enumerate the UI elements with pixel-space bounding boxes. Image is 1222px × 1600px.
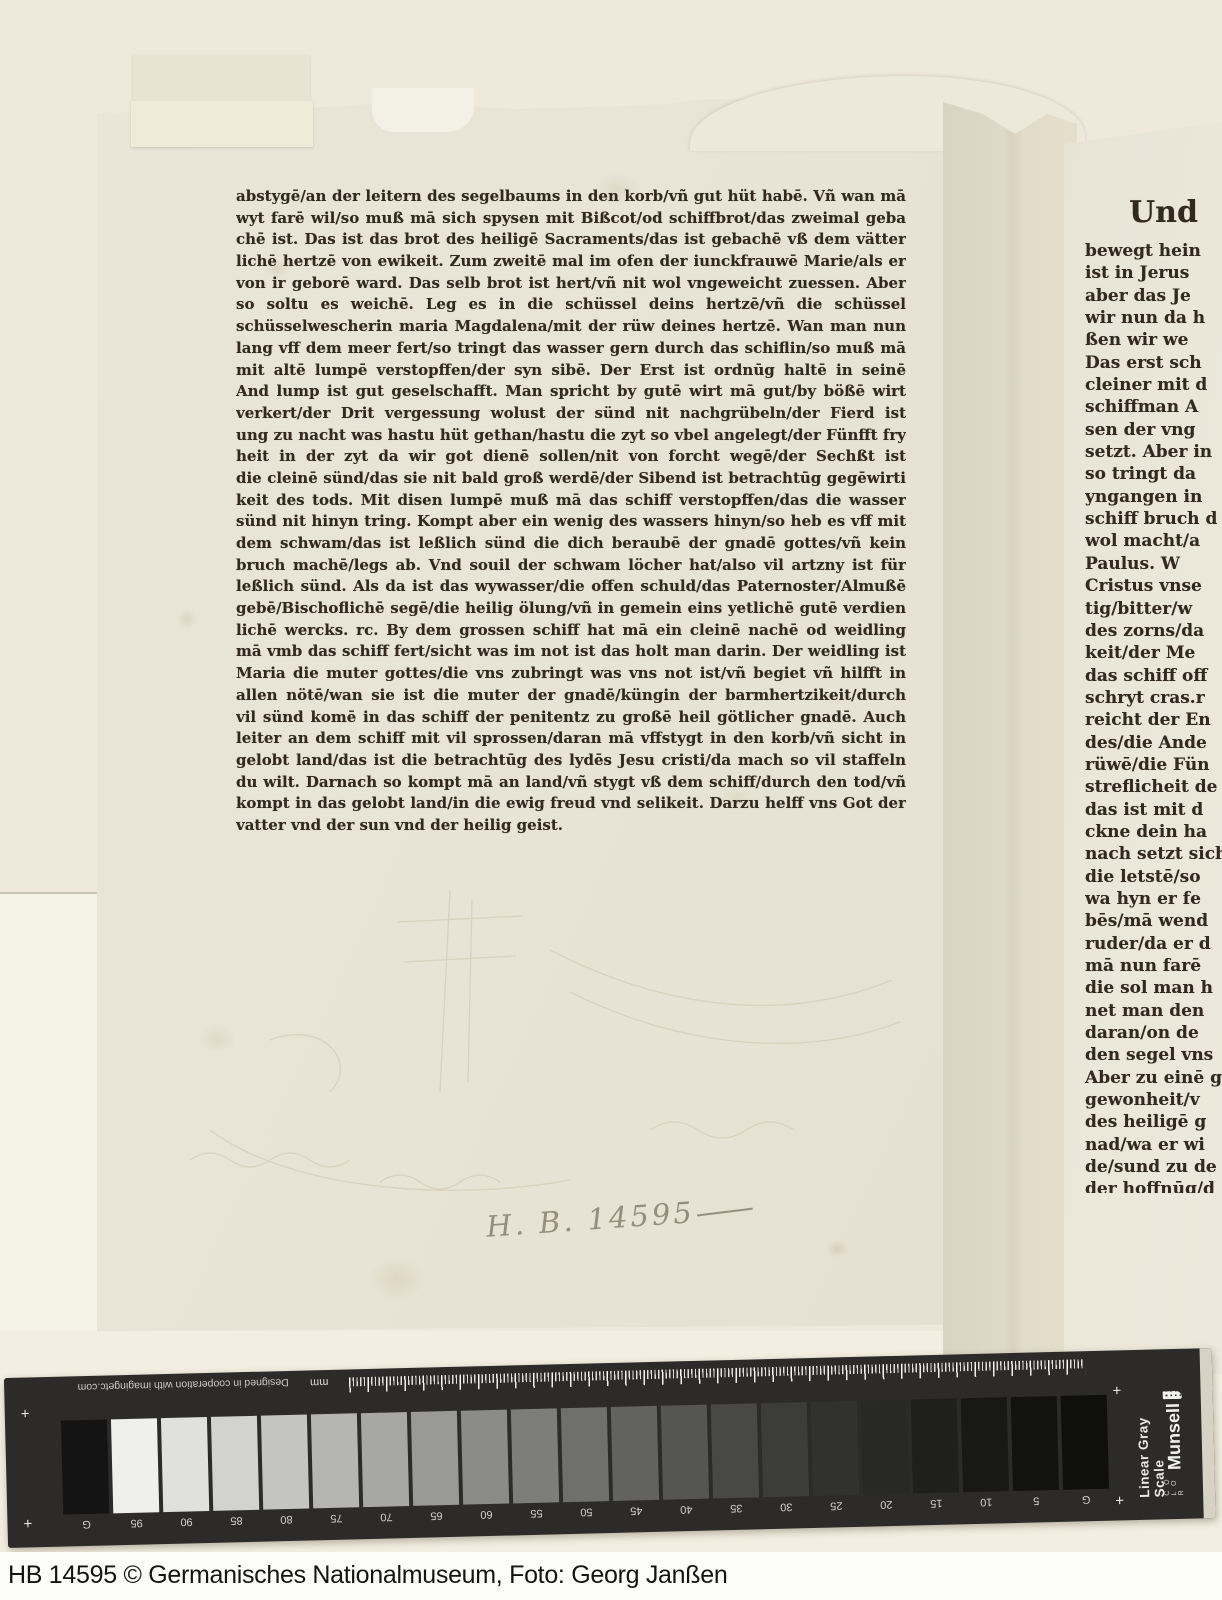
gray-patch <box>861 1400 909 1495</box>
gray-patch <box>761 1402 809 1497</box>
gray-patch-label: 90 <box>163 1515 209 1528</box>
gray-patch <box>311 1413 359 1508</box>
text-line: die cleinē sünd/das sie nit bald groß we… <box>236 468 906 490</box>
text-line: heit in der zyt da wir got dienē sollen/… <box>236 446 906 468</box>
text-line: leiter an dem schiff mit vil sprossen/da… <box>236 728 906 750</box>
text-line: lichē hertzē von ewikeit. Zum zweitē mal… <box>236 251 906 273</box>
text-line: schryt cras.r <box>1085 687 1222 709</box>
card-credit-text: Designed in cooperation with imagingetc.… <box>64 1376 302 1394</box>
text-line: so soltu es weichē. Leg es in die schüss… <box>236 294 906 316</box>
adjacent-page-text: Und bewegt heinist in Jerusaber das Jewi… <box>1085 188 1222 1193</box>
text-line: wa hyn er fe <box>1085 888 1222 910</box>
gray-patch <box>1061 1395 1109 1490</box>
binding-guard-strip <box>943 92 1077 1377</box>
text-line: keit des tods. Mit disen lumpē muß mā da… <box>236 490 906 512</box>
text-line: gelobt land/das ist die betrachtūg des l… <box>236 750 906 772</box>
gray-patch <box>511 1408 559 1503</box>
text-line: dem schwam/das ist leßlich sünd die dich… <box>236 533 906 555</box>
gray-patch <box>161 1417 209 1512</box>
text-line: cleiner mit d <box>1085 374 1222 396</box>
gray-patch-label: 30 <box>763 1500 809 1513</box>
text-line: Maria die muter gottes/die vns zubringt … <box>236 663 906 685</box>
text-line: ßen wir we <box>1085 329 1222 351</box>
text-line: der hoffnūg/d <box>1085 1178 1222 1193</box>
text-line: das ist mit d <box>1085 799 1222 821</box>
text-line: das schiff off <box>1085 665 1222 687</box>
registration-mark: + <box>21 1405 30 1422</box>
gray-patch-label: 60 <box>463 1508 509 1521</box>
text-line: sünd nit hinyn tring. Kompt aber ein wen… <box>236 511 906 533</box>
text-line: daran/on de <box>1085 1022 1222 1044</box>
text-line: keit/der Me <box>1085 642 1222 664</box>
adjacent-page-heading: Und <box>1085 188 1222 240</box>
text-line: gebē/Bischoflichē segē/die heilig ölung/… <box>236 598 906 620</box>
printed-text-block: abstygē/an der leitern des segelbaums in… <box>236 186 906 841</box>
brand-name: Munsell <box>1163 1403 1183 1470</box>
brand-letters: C O L O R <box>1164 1472 1186 1495</box>
gray-patch-label: 50 <box>563 1505 609 1518</box>
ruler-unit-label: mm <box>310 1376 329 1388</box>
adjacent-page-lines: bewegt heinist in Jerusaber das Jewir nu… <box>1085 240 1222 1193</box>
gray-patch <box>261 1415 309 1510</box>
text-line: And lump ist gut geselschafft. Man spric… <box>236 381 906 403</box>
text-line: de/sund zu de <box>1085 1156 1222 1178</box>
text-line: Cristus vnse <box>1085 575 1222 597</box>
text-line: von ir geborē ward. Das selb brot ist he… <box>236 273 906 295</box>
gray-patch <box>461 1410 509 1505</box>
text-line: so tringt da <box>1085 463 1222 485</box>
text-line: vil sünd komē in das schiff der penitent… <box>236 707 906 729</box>
gray-patch <box>561 1407 609 1502</box>
text-line: bewegt hein <box>1085 240 1222 262</box>
gray-scale-card: mm Designed in cooperation with imaginge… <box>4 1348 1216 1548</box>
pencil-flourish <box>697 1208 753 1217</box>
text-line: kompt in das gelobt land/in die ewig fre… <box>236 793 906 815</box>
text-line: reicht der En <box>1085 709 1222 731</box>
text-line: ckne dein ha <box>1085 821 1222 843</box>
gray-patch <box>811 1401 859 1496</box>
text-line: Paulus. W <box>1085 553 1222 575</box>
text-line: schiff bruch d <box>1085 508 1222 530</box>
gray-patch-label: 85 <box>213 1514 259 1527</box>
gray-patch <box>211 1416 259 1511</box>
caption-text: HB 14595 © Germanisches Nationalmuseum, … <box>8 1561 727 1590</box>
gray-patch <box>111 1418 159 1513</box>
text-line: vatter vnd der sun vnd der heilig geist. <box>236 815 906 837</box>
text-line: lang vff dem meer fert/so tringt das was… <box>236 338 906 360</box>
gray-patch-label: 20 <box>863 1498 909 1511</box>
gray-patch <box>1011 1396 1059 1491</box>
text-line: des heiligē g <box>1085 1111 1222 1133</box>
text-line: schüsselwescherin maria Magdalena/mit de… <box>236 316 906 338</box>
artifact-photo: abstygē/an der leitern des segelbaums in… <box>0 0 1222 1600</box>
text-line: bruch machē/legs ab. Vnd souil der schwa… <box>236 555 906 577</box>
text-line: abstygē/an der leitern des segelbaums in… <box>236 186 906 208</box>
text-line: net man den <box>1085 1000 1222 1022</box>
text-line: wol macht/a <box>1085 530 1222 552</box>
gray-patch-label: 95 <box>113 1516 159 1529</box>
gray-patch-label: 10 <box>963 1495 1009 1508</box>
brand-block: Munsell C O L O R <box>1163 1391 1185 1495</box>
text-line: chē ist. Das ist das brot des heiligē Sa… <box>236 229 906 251</box>
gray-patch-label: 35 <box>713 1501 759 1514</box>
mounting-tape-upper <box>133 55 310 102</box>
registration-mark: + <box>23 1515 32 1532</box>
text-line: gewonheit/v <box>1085 1089 1222 1111</box>
text-line: setzt. Aber in <box>1085 441 1222 463</box>
text-line: wyt farē wil/so muß mā sich spysen mit B… <box>236 208 906 230</box>
mounting-tape-lower <box>131 101 313 147</box>
text-line: Aber zu einē g <box>1085 1067 1222 1089</box>
gray-patch-label: 25 <box>813 1499 859 1512</box>
gray-patch-label: 55 <box>513 1506 559 1519</box>
text-line: rüwē/die Fün <box>1085 754 1222 776</box>
gray-patch-label: G <box>1063 1493 1109 1506</box>
text-line: schiffman A <box>1085 396 1222 418</box>
text-line: mā nun farē <box>1085 955 1222 977</box>
gray-patch-label: 65 <box>413 1509 459 1522</box>
text-line: du wilt. Darnach so kompt mā an land/vñ … <box>236 772 906 794</box>
munsell-logo-icon <box>1163 1391 1182 1400</box>
text-line: Das erst sch <box>1085 352 1222 374</box>
text-line: aber das Je <box>1085 285 1222 307</box>
text-line: ruder/da er d <box>1085 933 1222 955</box>
gray-patch-label: 70 <box>363 1510 409 1523</box>
text-line: nad/wa er wi <box>1085 1134 1222 1156</box>
text-line: die sol man h <box>1085 977 1222 999</box>
gray-patch-label: 40 <box>663 1503 709 1516</box>
text-line: sen der vng <box>1085 419 1222 441</box>
paper-damage-patch <box>372 88 474 132</box>
text-line: bēs/mā wend <box>1085 910 1222 932</box>
text-line: ung zu nacht was hastu hüt gethan/hastu … <box>236 425 906 447</box>
registration-mark: + <box>1115 1492 1124 1509</box>
registration-mark: + <box>1112 1382 1121 1399</box>
woodcut-showthrough <box>150 830 910 1230</box>
gray-patch-label: 5 <box>1013 1494 1059 1507</box>
text-line: mit altē lumpē verstopffen/der syn sibē.… <box>236 360 906 382</box>
text-line: leßlich sünd. Als da ist das wywasser/di… <box>236 576 906 598</box>
gray-patch-label: 80 <box>263 1512 309 1525</box>
gray-patch <box>961 1397 1009 1492</box>
gray-patch-label: 15 <box>913 1496 959 1509</box>
gray-patch <box>711 1403 759 1498</box>
gray-patch <box>611 1406 659 1501</box>
text-line: allen nötē/wan sie ist die muter der gna… <box>236 685 906 707</box>
text-line: yngangen in <box>1085 486 1222 508</box>
text-line: streflicheit de <box>1085 776 1222 798</box>
gray-patch <box>361 1412 409 1507</box>
text-line: des/die Ande <box>1085 732 1222 754</box>
text-line: des zorns/da <box>1085 620 1222 642</box>
gray-patch <box>411 1411 459 1506</box>
text-line: tig/bitter/w <box>1085 598 1222 620</box>
text-line: den segel vns <box>1085 1044 1222 1066</box>
text-line: mā vmb das schiff fert/sicht was im not … <box>236 641 906 663</box>
gray-patch-label: G <box>63 1517 109 1530</box>
text-line: nach setzt sich <box>1085 843 1222 865</box>
text-line: die letstē/so <box>1085 866 1222 888</box>
caption-strip: HB 14595 © Germanisches Nationalmuseum, … <box>0 1552 1222 1600</box>
text-line: lichē wercks. rc. By dem grossen schiff … <box>236 620 906 642</box>
gray-patch <box>911 1398 959 1493</box>
gray-patch-label: 45 <box>613 1504 659 1517</box>
gray-patch-label: 75 <box>313 1511 359 1524</box>
gray-patch <box>661 1405 709 1500</box>
text-line: wir nun da h <box>1085 307 1222 329</box>
text-line: ist in Jerus <box>1085 262 1222 284</box>
text-line: verkert/der Drit vergessung wolust der s… <box>236 403 906 425</box>
gray-patch <box>61 1419 109 1514</box>
